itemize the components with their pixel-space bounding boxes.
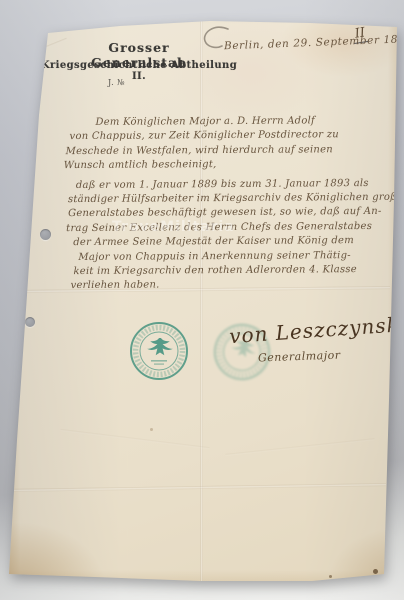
letter-paper: II Grosser Generalstab Kriegsgeschichtli… [0,0,404,600]
signature: von Leszczynski [228,312,404,348]
age-spot [373,569,378,574]
document-photograph: II Grosser Generalstab Kriegsgeschichtli… [0,0,404,600]
diagonal-wrinkle-right [225,438,374,456]
body-line: verliehen haben. [71,277,395,294]
diagonal-wrinkle-left [60,429,209,449]
signature-rank: Generalmajor [258,349,341,365]
photo-watermark: TroveMilitaria [112,219,235,235]
letterhead-journal-number: J. № [108,78,125,87]
dateline: Berlin, den 29. September 1898. [224,34,396,53]
body-line: Wunsch amtlich bescheinigt, [64,157,394,174]
punch-hole [25,317,35,327]
paper-shadow: II Grosser Generalstab Kriegsgeschichtli… [0,0,404,600]
letterhead-department: Kriegsgeschichtliche Abtheilung II. [39,60,239,82]
vertical-fold-crease [200,21,203,581]
prussian-eagle-icon [147,338,173,355]
age-spot [150,428,153,431]
age-spot [329,575,332,578]
punch-hole [40,229,51,240]
horizontal-fold-crease-lower [12,483,386,492]
eagle-seal-stamp [127,319,191,383]
letter-body: Dem Königlichen Major a. D. Herrn Adolf … [57,114,394,294]
